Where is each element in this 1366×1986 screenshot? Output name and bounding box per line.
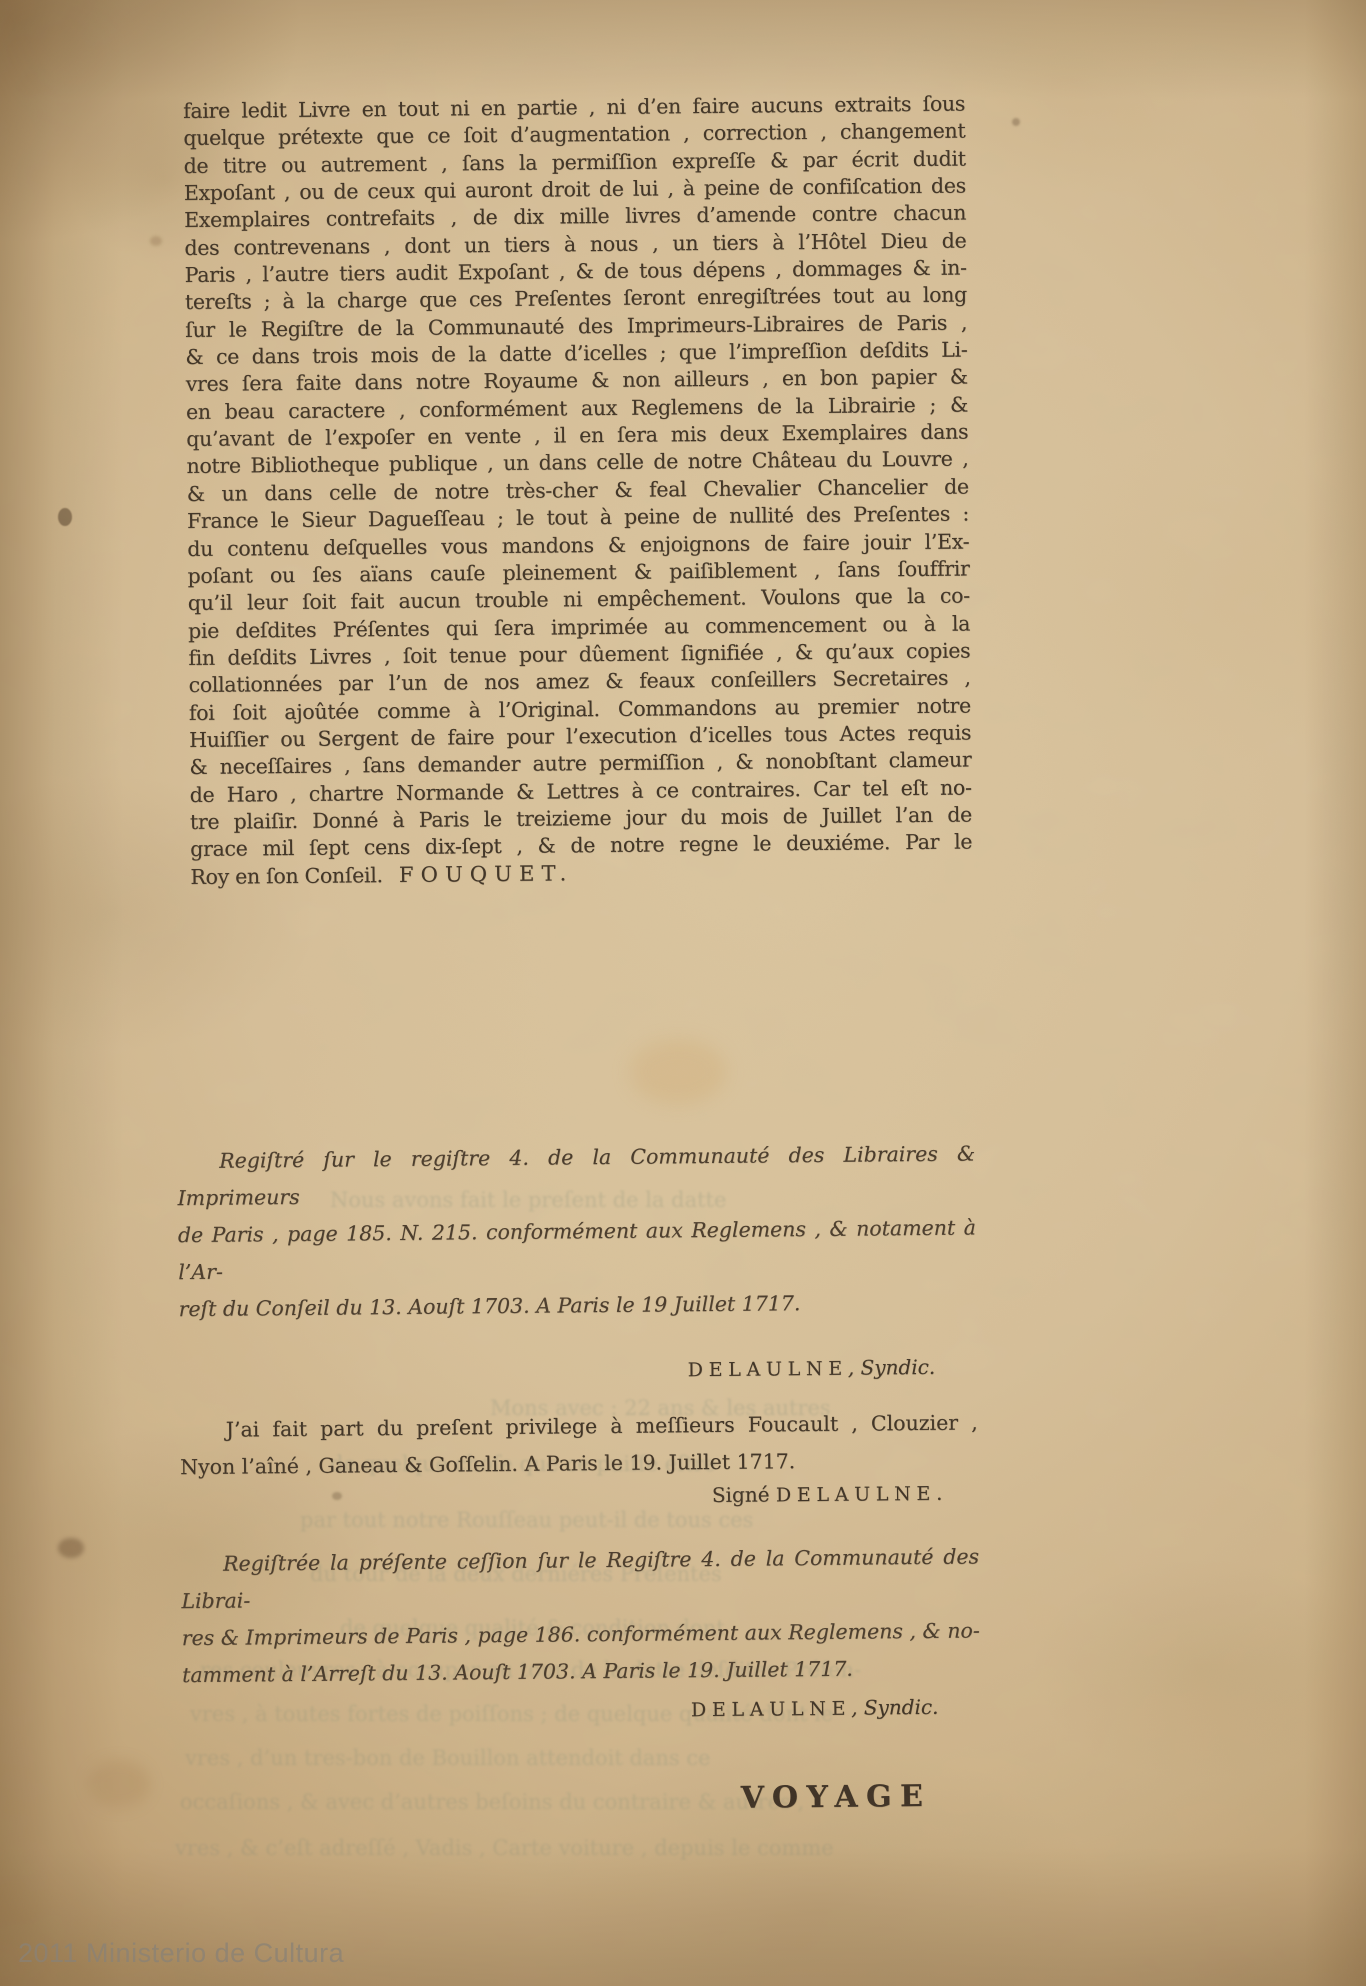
signature-title: , Syndic. [848, 1355, 936, 1380]
signature-title: , Syndic. [851, 1695, 939, 1720]
registration-line: Regiſtré ſur le regiſtre 4. de la Commun… [177, 1135, 976, 1217]
bleedthrough-line: vres , & c’eſt adreſſé , Vadis , Carte v… [175, 1836, 834, 1860]
signature-fouquet: FOUQUET. [399, 861, 574, 887]
registration-line: de Paris , page 185. N. 215. conformémen… [178, 1209, 977, 1291]
registration-line: Regiſtrée la préſente ceſſion ſur le Reg… [181, 1538, 980, 1620]
stain-spot [88, 1760, 150, 1808]
book-page: Nous avons fait le preſent de la datte M… [0, 0, 1366, 1986]
cession-note: J’ai fait part du preſent privilege à me… [180, 1404, 979, 1520]
signature-delaulne-first: DELAULNE, Syndic. [179, 1348, 977, 1394]
registration-note-first: Regiſtré ſur le regiſtre 4. de la Commun… [177, 1135, 977, 1394]
registration-line: reſt du Conſeil du 13. Aouſt 1703. A Par… [178, 1283, 976, 1328]
signature-name: DELAULNE [691, 1698, 851, 1722]
stain-spot [1012, 118, 1020, 126]
signature-delaulne-second: DELAULNE, Syndic. [182, 1688, 980, 1734]
registration-note-second: Regiſtrée la préſente ceſſion ſur le Reg… [181, 1538, 981, 1734]
watermark-credit: 2011 Ministerio de Cultura [18, 1938, 344, 1969]
signature-prefix: Signé [712, 1482, 776, 1507]
cession-line: J’ai fait part du preſent privilege à me… [180, 1404, 978, 1449]
stain-spot [58, 508, 72, 526]
privilege-text-block: faire ledit Livre en tout ni en partie ,… [183, 90, 982, 1820]
final-line-text: Roy en ſon Conſeil. [190, 863, 382, 889]
stain-spot [58, 1538, 84, 1558]
signature-name: DELAULNE [776, 1483, 936, 1507]
signature-suffix: . [936, 1481, 943, 1505]
catchword-voyage: VOYAGE [199, 1778, 981, 1821]
signature-name: DELAULNE [688, 1358, 848, 1382]
stain-spot [150, 236, 162, 246]
privilege-paragraph: faire ledit Livre en tout ni en partie ,… [183, 90, 973, 890]
registration-line: res & Imprimeurs de Paris , page 186. co… [182, 1612, 980, 1657]
registration-line: tamment à l’Arreſt du 13. Aouſt 1703. A … [182, 1649, 980, 1694]
